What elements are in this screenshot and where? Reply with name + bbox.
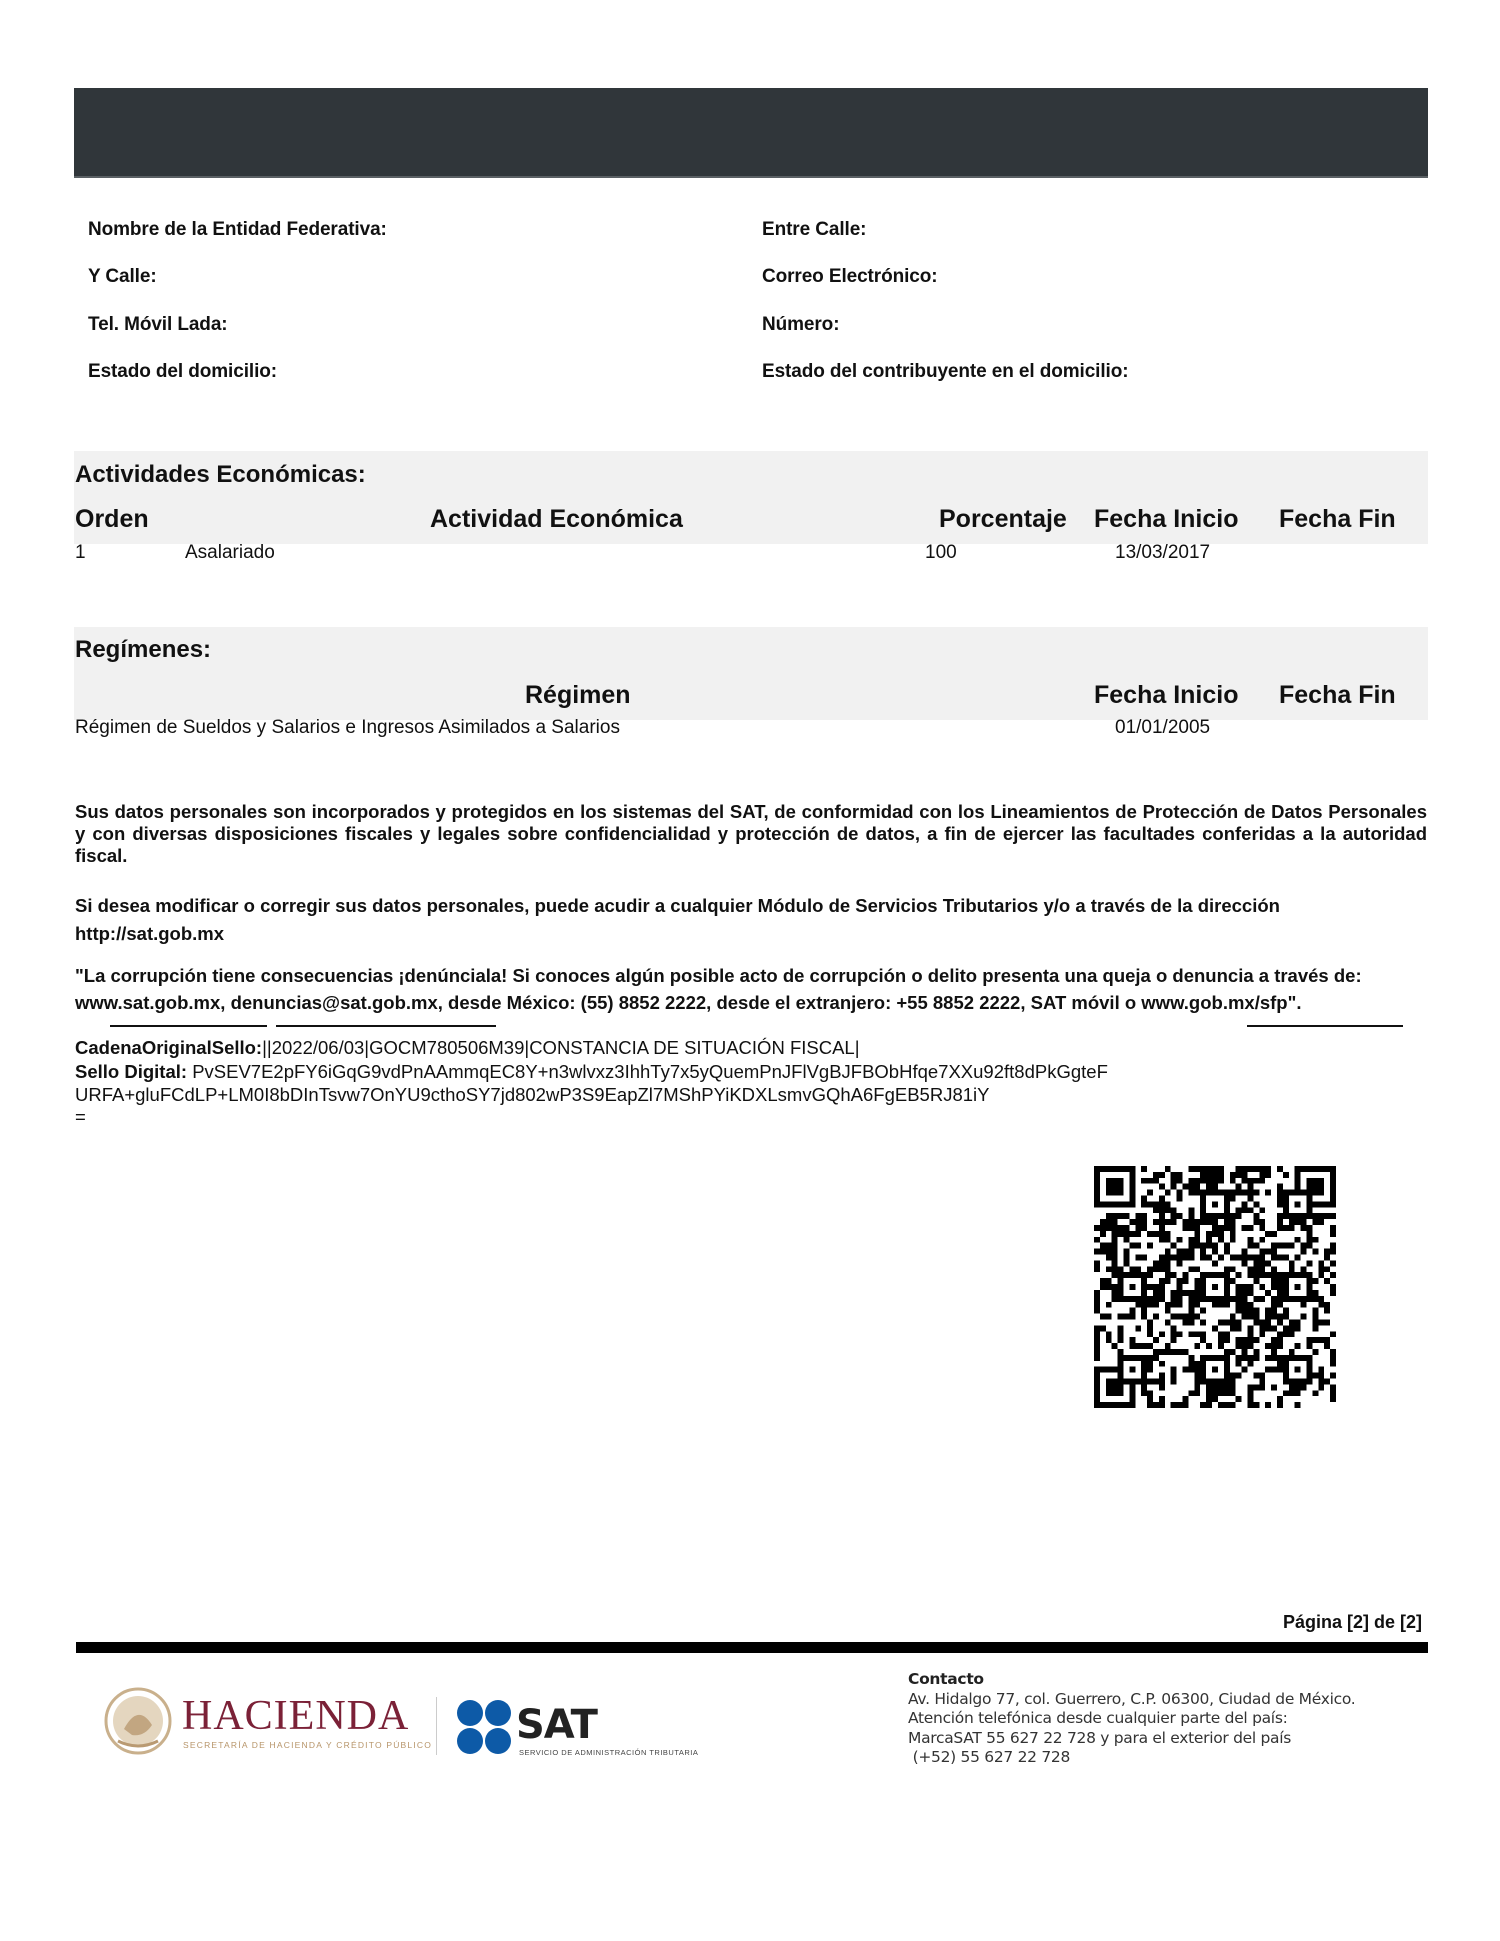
field-y-calle: Y Calle: xyxy=(88,266,157,288)
contact-address: Av. Hidalgo 77, col. Guerrero, C.P. 0630… xyxy=(908,1690,1355,1710)
field-estado-contribuyente: Estado del contribuyente en el domicilio… xyxy=(762,361,1128,383)
corruption-notice: "La corrupción tiene consecuencias ¡denú… xyxy=(75,962,1445,1016)
link-underline-denuncias xyxy=(276,1025,496,1027)
sat-logo-text: SAT xyxy=(516,1702,597,1748)
modify-data-text: Si desea modificar o corregir sus datos … xyxy=(75,892,1435,920)
cell-actividad: Asalariado xyxy=(185,542,275,564)
col-orden: Orden xyxy=(75,505,149,534)
actividades-title: Actividades Económicas: xyxy=(75,461,366,489)
corruption-mid: , desde México: (55) 8852 2222, desde el… xyxy=(438,992,1142,1013)
cadena-label: CadenaOriginalSello: xyxy=(75,1037,262,1058)
qr-code-icon xyxy=(1094,1166,1336,1408)
sat-logo-subtitle: SERVICIO DE ADMINISTRACIÓN TRIBUTARIA xyxy=(519,1748,698,1757)
link-sat-gob-mx[interactable]: www.sat.gob.mx xyxy=(75,992,220,1013)
sello-digital-line2: URFA+gluFCdLP+LM0I8bDInTsvw7OnYU9cthoSY7… xyxy=(75,1084,989,1106)
cell-porcentaje: 100 xyxy=(925,542,957,564)
link-underline-sat xyxy=(110,1025,267,1027)
cadena-value: ||2022/06/03|GOCM780506M39|CONSTANCIA DE… xyxy=(262,1037,859,1058)
col-fecha-inicio: Fecha Inicio xyxy=(1094,505,1238,534)
sat-dots-icon xyxy=(457,1700,513,1756)
corruption-prefix: "La corrupción tiene consecuencias ¡denú… xyxy=(75,965,1362,986)
col-regimen: Régimen xyxy=(525,681,631,710)
field-estado-domicilio: Estado del domicilio: xyxy=(88,361,277,383)
col-fecha-fin: Fecha Fin xyxy=(1279,505,1396,534)
link-underline-sfp xyxy=(1247,1025,1403,1027)
col-actividad-economica: Actividad Económica xyxy=(430,505,683,534)
logo-divider xyxy=(436,1697,437,1755)
field-entre-calle: Entre Calle: xyxy=(762,219,866,241)
regimenes-title: Regímenes: xyxy=(75,636,211,664)
cell-regimen: Régimen de Sueldos y Salarios e Ingresos… xyxy=(75,717,620,739)
header-bar xyxy=(74,88,1428,178)
modify-data-link[interactable]: http://sat.gob.mx xyxy=(75,920,1435,948)
cadena-original-sello: CadenaOriginalSello:||2022/06/03|GOCM780… xyxy=(75,1037,860,1059)
hacienda-logo-text: HACIENDA xyxy=(182,1692,409,1740)
field-numero: Número: xyxy=(762,314,839,336)
contact-title: Contacto xyxy=(908,1670,1355,1690)
field-tel-movil-lada: Tel. Móvil Lada: xyxy=(88,314,228,336)
col-porcentaje: Porcentaje xyxy=(939,505,1067,534)
coat-of-arms-icon xyxy=(104,1685,172,1757)
modify-data-notice: Si desea modificar o corregir sus datos … xyxy=(75,892,1435,948)
corruption-sep: , xyxy=(220,992,230,1013)
cell-regimen-fecha-inicio: 01/01/2005 xyxy=(1115,717,1210,739)
privacy-notice: Sus datos personales son incorporados y … xyxy=(75,801,1427,867)
sello-digital-line1: PvSEV7E2pFY6iGqG9vdPnAAmmqEC8Y+n3wlvxz3I… xyxy=(192,1061,1108,1082)
contact-phone-national: MarcaSAT 55 627 22 728 y para el exterio… xyxy=(908,1729,1355,1749)
sello-digital: Sello Digital: PvSEV7E2pFY6iGqG9vdPnAAmm… xyxy=(75,1061,1108,1083)
contact-phone-international: (+52) 55 627 22 728 xyxy=(908,1748,1355,1768)
cell-orden: 1 xyxy=(75,542,86,564)
footer-rule xyxy=(76,1642,1428,1653)
corruption-suffix: ". xyxy=(1288,992,1302,1013)
col-regimen-fecha-fin: Fecha Fin xyxy=(1279,681,1396,710)
contact-block: Contacto Av. Hidalgo 77, col. Guerrero, … xyxy=(908,1670,1355,1768)
hacienda-logo-subtitle: SECRETARÍA DE HACIENDA Y CRÉDITO PÚBLICO xyxy=(183,1740,432,1750)
link-gob-mx-sfp[interactable]: www.gob.mx/sfp xyxy=(1141,992,1287,1013)
field-correo-electronico: Correo Electrónico: xyxy=(762,266,937,288)
page-number: Página [2] de [2] xyxy=(1283,1612,1422,1633)
field-entidad-federativa: Nombre de la Entidad Federativa: xyxy=(88,219,387,241)
contact-phone-intro: Atención telefónica desde cualquier part… xyxy=(908,1709,1355,1729)
link-denuncias-email[interactable]: denuncias@sat.gob.mx xyxy=(231,992,438,1013)
sello-digital-label: Sello Digital: xyxy=(75,1061,187,1082)
sello-digital-line3: = xyxy=(75,1106,86,1128)
cell-fecha-inicio: 13/03/2017 xyxy=(1115,542,1210,564)
col-regimen-fecha-inicio: Fecha Inicio xyxy=(1094,681,1238,710)
